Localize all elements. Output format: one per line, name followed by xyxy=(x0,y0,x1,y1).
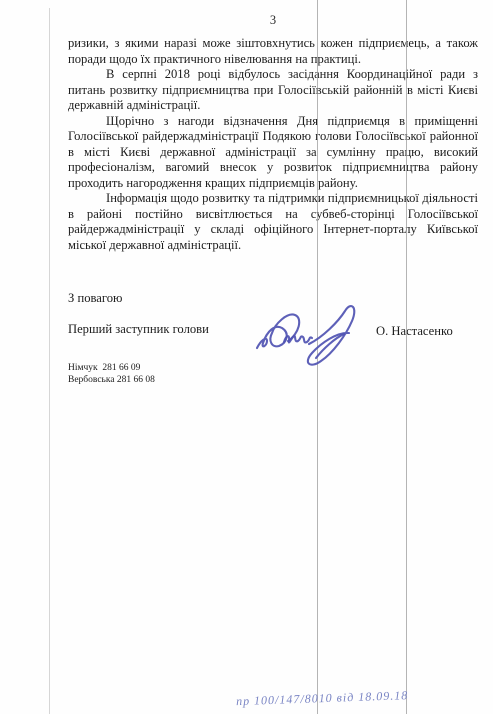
signer-title: Перший заступник голови xyxy=(68,322,209,337)
page-number: 3 xyxy=(68,13,478,28)
scan-fold-line-left xyxy=(49,8,50,714)
paragraph-council-meeting: В серпні 2018 році відбулось засідання К… xyxy=(68,67,478,114)
paragraph-risks: ризики, з якими наразі може зіштовхнутис… xyxy=(68,36,478,67)
document-page: 3 ризики, з якими наразі може зіштовхнут… xyxy=(0,0,493,714)
contact-phone-2: Вербовська 281 66 08 xyxy=(68,375,155,387)
letter-body: ризики, з якими наразі може зіштовхнутис… xyxy=(68,36,478,253)
contact-phones: Німчук 281 66 09 Вербовська 281 66 08 xyxy=(68,363,155,386)
signature-scribble xyxy=(243,286,373,376)
paragraph-web-info: Інформація щодо розвитку та підтримки пі… xyxy=(68,191,478,253)
signer-name: О. Настасенко xyxy=(376,324,453,339)
closing-salutation: З повагою xyxy=(68,291,122,306)
handwritten-registration-note: пр 100/147/8010 від 18.09.18 xyxy=(236,686,476,709)
contact-phone-1: Німчук 281 66 09 xyxy=(68,363,155,375)
paragraph-entrepreneur-day: Щорічно з нагоди відзначення Дня підприє… xyxy=(68,114,478,192)
scan-fold-line-right xyxy=(406,0,407,714)
